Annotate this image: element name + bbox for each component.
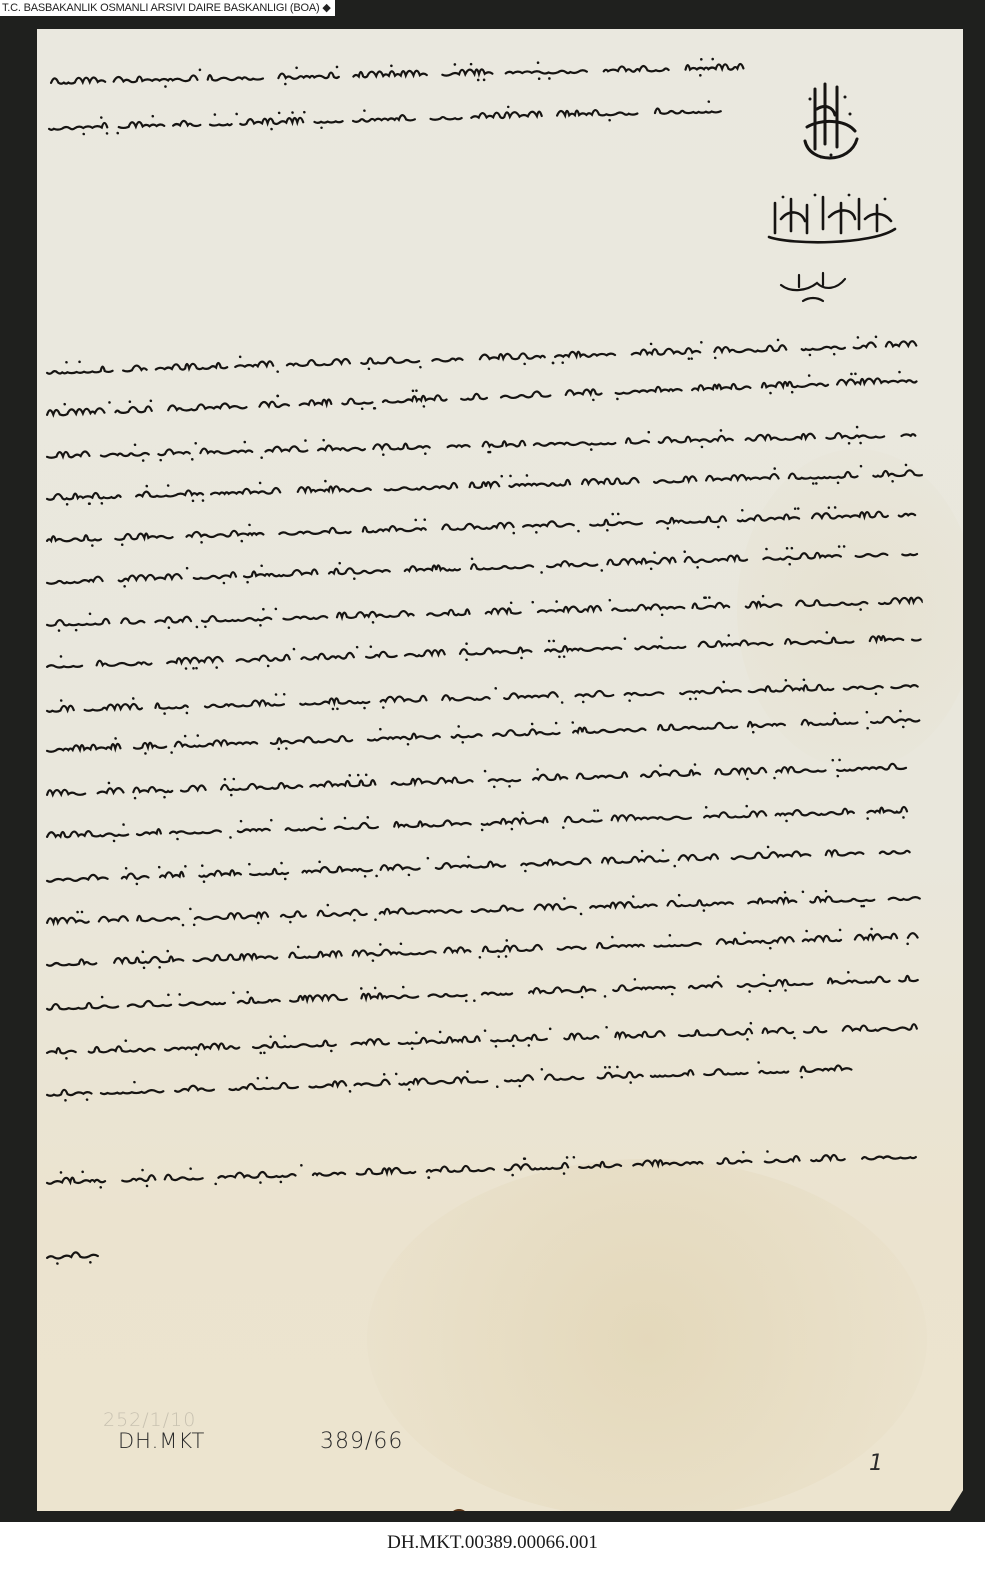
handwritten-text-line [43,753,923,803]
collection-code-annotation: DH.MKT [118,1429,205,1453]
archive-source-label: T.C. BASBAKANLIK OSMANLI ARSIVI DAIRE BA… [0,0,335,16]
document-page: 252/1/10 DH.MKT 389/66 1 [37,29,963,1511]
handwritten-text-line [43,422,923,465]
handwritten-text-line [43,1241,120,1266]
office-subheading-handwriting-icon [777,267,849,307]
handwritten-text-line [43,966,923,1017]
handwritten-text-line [43,1055,863,1103]
handwritten-text-line [43,797,923,845]
tughra-emblem-icon [795,79,865,169]
folder-item-annotation: 389/66 [320,1429,403,1454]
handwritten-text-line [45,97,725,137]
page-mark-annotation: 1 [869,1451,884,1476]
handwritten-text-line [43,1014,923,1061]
document-reference-number: DH.MKT.00389.00066.001 [0,1532,985,1554]
handwritten-text-line [43,923,923,973]
handwritten-text-line [47,54,747,91]
ministry-heading-calligraphy-icon [761,189,901,247]
handwritten-text-line [43,838,923,889]
faded-pencil-note: 252/1/10 [103,1409,196,1431]
handwritten-text-line [43,884,923,931]
paper-stain [367,1159,927,1519]
